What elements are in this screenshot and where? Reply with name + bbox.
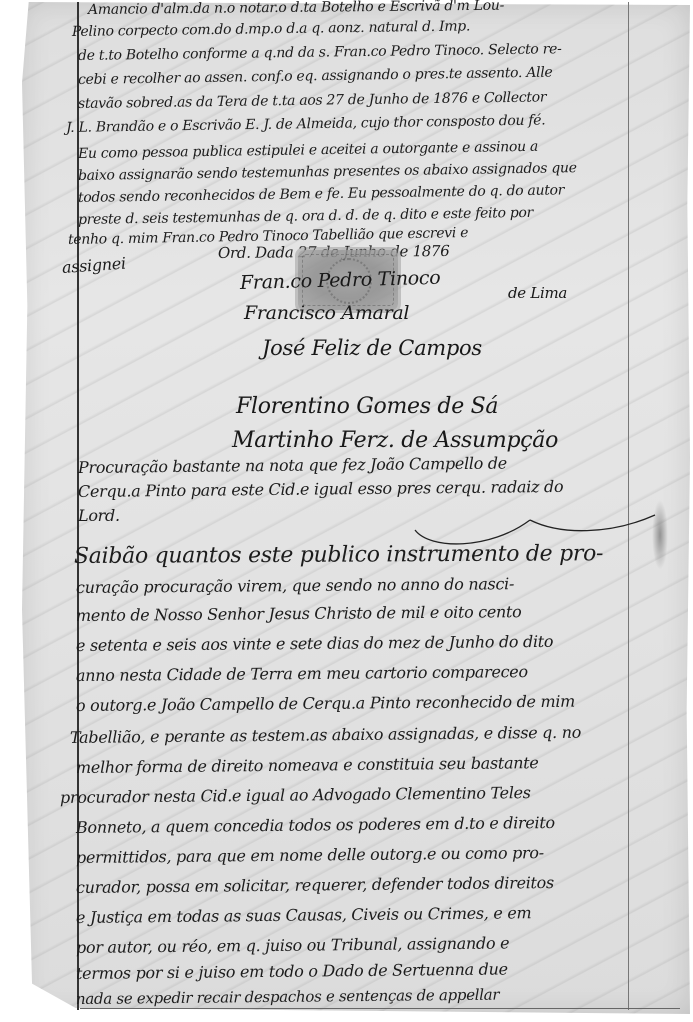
bottom-edge-rule bbox=[80, 1008, 680, 1009]
signature-sa: Florentino Gomes de Sá bbox=[236, 394, 498, 419]
main-line: mento de Nosso Senhor Jesus Christo de m… bbox=[76, 602, 522, 625]
signature-amaral: Francisco Amaral bbox=[244, 302, 409, 324]
note-line: Lord. bbox=[78, 506, 120, 525]
main-line: anno nesta Cidade de Terra em meu cartor… bbox=[76, 662, 528, 685]
signature-lima: de Lima bbox=[508, 284, 567, 302]
ink-smudge bbox=[652, 500, 668, 570]
main-line: curação procuração virem, que sendo no a… bbox=[76, 574, 514, 597]
signature-campos: José Feliz de Campos bbox=[262, 336, 482, 360]
main-heading: Saibão quantos este publico instrumento … bbox=[74, 541, 603, 569]
right-margin-rule bbox=[628, 2, 629, 1010]
signature-assumpcao: Martinho Ferz. de Assumpção bbox=[232, 428, 558, 453]
